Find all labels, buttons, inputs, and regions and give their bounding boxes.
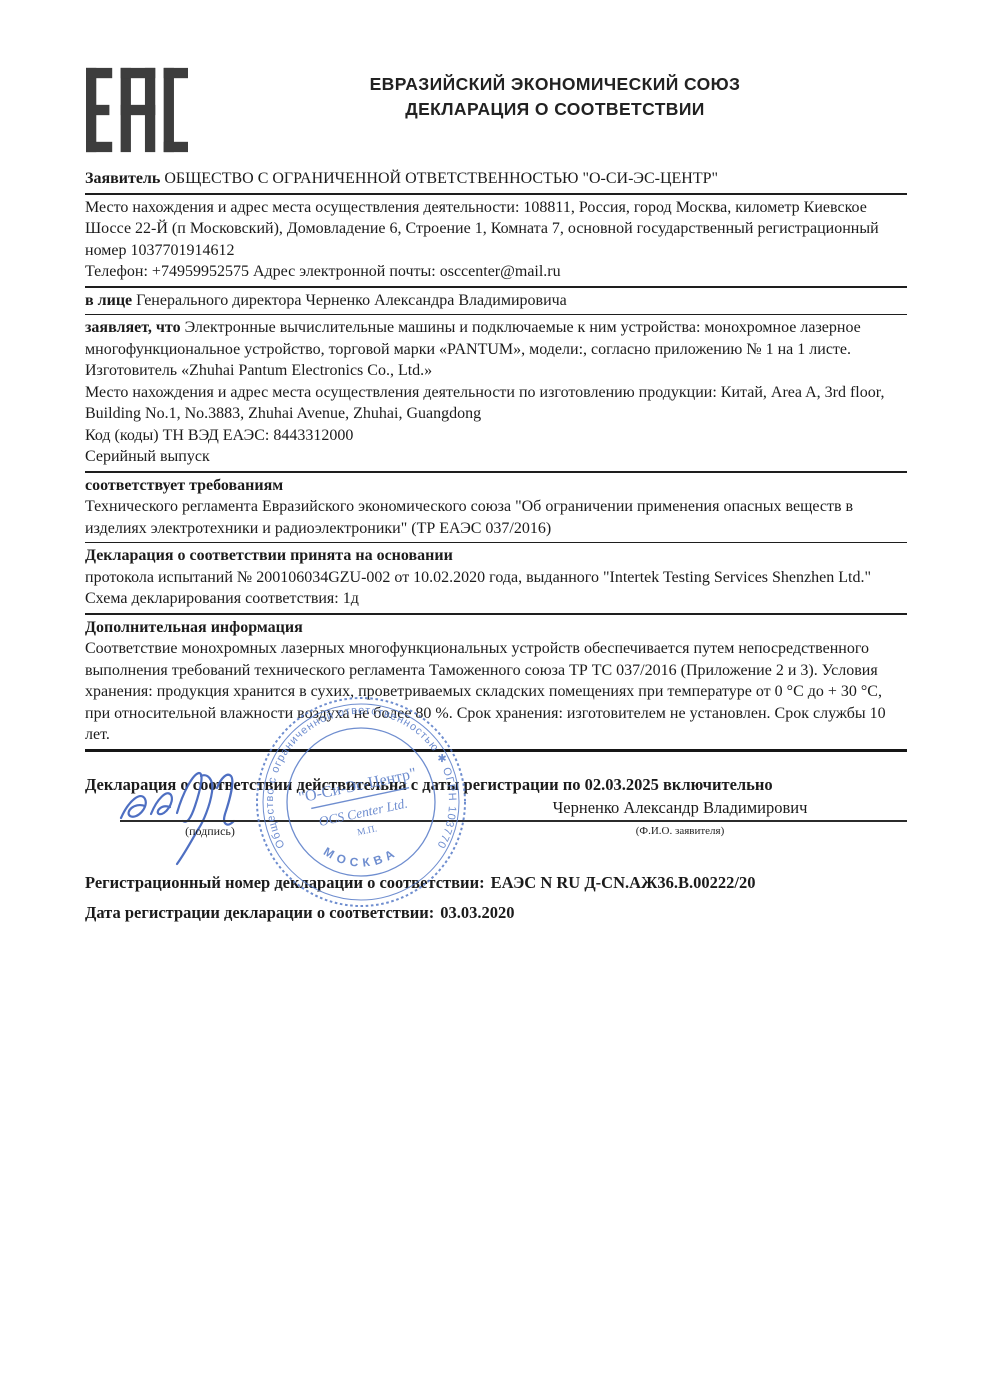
section-represented-by: в лице Генерального директора Черненко А… (85, 288, 907, 316)
applicant-address: Место нахождения и адрес места осуществл… (85, 197, 907, 262)
stamp-city-text: МОСКВА (321, 844, 401, 870)
signature-line (120, 820, 907, 822)
stamp-company-en: OCS Center Ltd. (317, 796, 409, 829)
basis-protocol: протокола испытаний № 200106034GZU-002 о… (85, 567, 907, 589)
basis-scheme: Схема декларирования соответствия: 1д (85, 588, 907, 610)
eac-mark-icon (86, 66, 188, 154)
represented-by-label: в лице (85, 292, 132, 309)
section-basis: Декларация о соответствии принята на осн… (85, 543, 907, 615)
manufacturer-address: Место нахождения и адрес места осуществл… (85, 382, 907, 425)
stamp-ring-text: Общество с ограниченной ответственностью… (245, 686, 458, 851)
serial-issue: Серийный выпуск (85, 446, 907, 468)
svg-text:Общество с ограниченной ответс: Общество с ограниченной ответственностью… (245, 686, 458, 851)
applicant-label: Заявитель (85, 170, 160, 187)
declares-product: Электронные вычислительные машины и подк… (85, 319, 861, 358)
section-additional-info: Дополнительная информация Соответствие м… (85, 615, 907, 752)
document-body: Заявитель ОБЩЕСТВО С ОГРАНИЧЕННОЙ ОТВЕТС… (85, 166, 907, 752)
title-line-union: ЕВРАЗИЙСКИЙ ЭКОНОМИЧЕСКИЙ СОЮЗ (200, 72, 910, 97)
additional-info-label: Дополнительная информация (85, 617, 907, 639)
svg-text:МОСКВА: МОСКВА (321, 844, 401, 870)
represented-by-value: Генерального директора Черненко Александ… (136, 292, 567, 309)
company-stamp: Общество с ограниченной ответственностью… (245, 686, 477, 918)
registration-number-value: ЕАЭС N RU Д-CN.АЖ36.В.00222/20 (485, 873, 756, 892)
basis-label: Декларация о соответствии принята на осн… (85, 545, 907, 567)
declares-label: заявляет, что (85, 319, 181, 336)
title-line-declaration: ДЕКЛАРАЦИЯ О СООТВЕТСТВИИ (200, 97, 910, 122)
complies-value: Технического регламента Евразийского эко… (85, 496, 907, 539)
registration-number-line: Регистрационный номер декларации о соотв… (85, 873, 907, 893)
section-complies: соответствует требованиям Технического р… (85, 473, 907, 544)
section-applicant-address: Место нахождения и адрес места осуществл… (85, 195, 907, 288)
section-applicant: Заявитель ОБЩЕСТВО С ОГРАНИЧЕННОЙ ОТВЕТС… (85, 166, 907, 195)
complies-label: соответствует требованиям (85, 475, 907, 497)
declaration-page: ЕВРАЗИЙСКИЙ ЭКОНОМИЧЕСКИЙ СОЮЗ ДЕКЛАРАЦИ… (0, 0, 981, 1390)
section-declares: заявляет, что Электронные вычислительные… (85, 315, 907, 473)
document-title: ЕВРАЗИЙСКИЙ ЭКОНОМИЧЕСКИЙ СОЮЗ ДЕКЛАРАЦИ… (200, 72, 910, 122)
signature-section: Декларация о соответствии действительна … (85, 758, 907, 938)
eac-logo (86, 66, 188, 154)
applicant-fio: Черненко Александр Владимирович (465, 798, 895, 818)
additional-info-value: Соответствие монохромных лазерных многоф… (85, 638, 907, 746)
applicant-contacts: Телефон: +74959952575 Адрес электронной … (85, 261, 907, 283)
registration-date-line: Дата регистрации декларации о соответств… (85, 903, 907, 923)
stamp-mp: М.П. (356, 824, 378, 838)
manufacturer: Изготовитель «Zhuhai Pantum Electronics … (85, 360, 907, 382)
fio-caption: (Ф.И.О. заявителя) (555, 825, 805, 837)
tn-ved-code: Код (коды) ТН ВЭД ЕАЭС: 8443312000 (85, 425, 907, 447)
applicant-value: ОБЩЕСТВО С ОГРАНИЧЕННОЙ ОТВЕТСТВЕННОСТЬЮ… (164, 170, 718, 187)
